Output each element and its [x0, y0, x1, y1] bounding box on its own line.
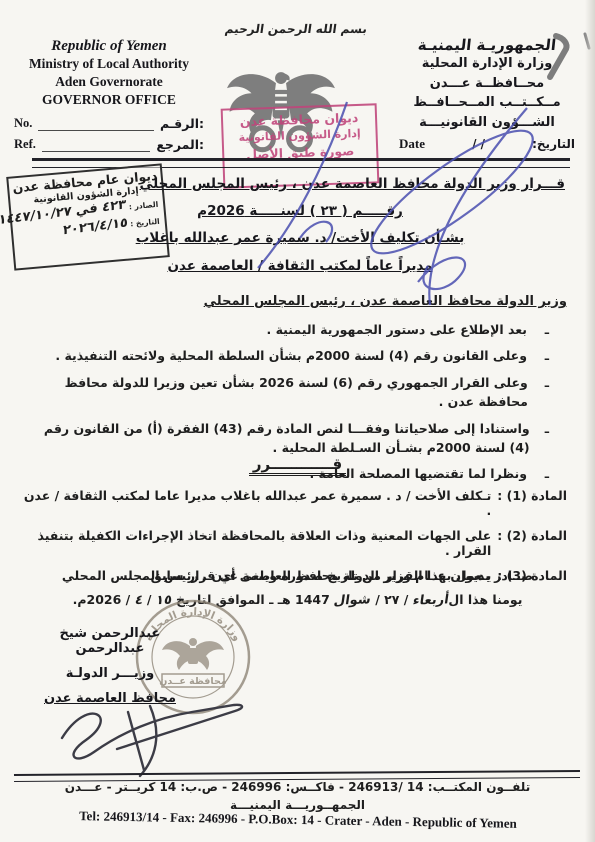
legal-dept-ar: الشـــؤون القانونيـــة — [397, 113, 577, 133]
article-row: المادة (2) : على الجهات المعنية وذات الع… — [22, 528, 567, 558]
scan-edge-shadow — [585, 0, 595, 842]
preamble-item: ـ بعد الإطلاع على دستور الجمهورية اليمني… — [29, 320, 549, 339]
ref-fill-line — [42, 140, 150, 152]
no-label-en: No. — [14, 116, 32, 131]
bullet-dash: ـ — [544, 419, 549, 458]
signature-block: عبدالرحمن شيخ عبدالرحمن وزيـــر الدولـة … — [30, 626, 190, 706]
date-slashes: / / — [472, 137, 485, 151]
country-name-en: Republic of Yemen — [14, 38, 204, 55]
article-2-label: المادة (2) : — [497, 528, 567, 558]
preamble-item: ـ وعلى القرار الجمهوري رقم (6) لسنة 2026… — [29, 373, 549, 412]
preamble-item-text: وعلى القانون رقم (4) لسنة 2000م بشأن الس… — [55, 346, 527, 365]
date-label-en: Date — [399, 136, 425, 152]
preamble-item-text: بعد الإطلاع على دستور الجمهورية اليمنية … — [266, 320, 527, 339]
signer-name: عبدالرحمن شيخ عبدالرحمن — [30, 626, 190, 656]
preamble-item-text: وعلى القرار الجمهوري رقم (6) لسنة 2026 ب… — [29, 373, 528, 412]
country-name-ar: الجمهوريـة اليمنيـة — [396, 36, 578, 54]
governorate-name-en: Aden Governorate — [14, 73, 204, 91]
decree-subject-line: بشـأن تكليف الأخت/ د. سميرة عمر عبدالله … — [120, 230, 480, 246]
article-2-text: على الجهات المعنية وذات العلاقة بالمحافظ… — [22, 528, 491, 558]
ref-label-en: Ref. — [14, 137, 36, 152]
decided-heading-text: قــــــــــــرر — [249, 455, 346, 476]
basmala-calligraphy: بسم الله الرحمن الرحيم — [195, 22, 397, 36]
no-label-ar: الرقـم: — [160, 116, 204, 131]
ref-label-ar: المرجع: — [156, 137, 204, 152]
date-line-suffix: / 2026م. — [73, 592, 131, 607]
date-line-prefix: يومنا هذا ال — [448, 592, 522, 607]
article-1-text: تـكلف الأخت / د . سميرة عمر عبدالله باغل… — [22, 488, 491, 518]
governorate-name-ar: محــافظــة عـــدن — [397, 74, 577, 94]
preamble-item: ـ وعلى القانون رقم (4) لسنة 2000م بشأن ا… — [29, 346, 549, 365]
arabic-letterhead: الجمهوريـة اليمنيـة وزارة الإدارة المحلي… — [397, 36, 577, 152]
ministry-name-ar: وزارة الإدارة المحلية — [397, 54, 577, 74]
ref-row: Ref. المرجع: — [14, 137, 204, 152]
decided-heading: قــــــــــــرر — [0, 455, 595, 473]
issue-date-line: يومنا هذا الأربعاء / ٢٧ / شوال 1447 هـ ـ… — [40, 592, 555, 608]
date-label-ar: التاريخ: — [532, 137, 575, 151]
bullet-dash: ـ — [542, 373, 549, 412]
bullet-dash: ـ — [541, 320, 549, 339]
date-line-sep1: / ٢٧ / — [375, 592, 408, 607]
no-fill-line — [38, 119, 154, 131]
header-separator-rule — [32, 158, 570, 168]
document-page: Republic of Yemen Ministry of Local Auth… — [0, 0, 595, 842]
english-letterhead: Republic of Yemen Ministry of Local Auth… — [14, 38, 204, 152]
office-name-ar: مــكــتــب المــحــافــظ — [397, 93, 577, 113]
footer-contact-ar: تلفــون المكتــب: 14 /246913 - فاكــس: 2… — [30, 780, 565, 794]
office-name-en: GOVERNOR OFFICE — [14, 91, 204, 109]
preamble-item-text: واستنادا إلى صلاحياتنا وفقـــا لنص الماد… — [29, 419, 530, 458]
preamble-heading: وزير الدولة محافظ العاصمة عدن ، رئيس الم… — [27, 294, 567, 309]
handwritten-weekday: أربعاء — [411, 592, 449, 608]
article-row: المادة (1) : تـكلف الأخت / د . سميرة عمر… — [22, 488, 567, 518]
decree-number-line: رقـــــم ( ٢٣ ) لسنـــــة 2026م — [140, 203, 460, 219]
signer-title-2: محافظ العاصمة عدن — [30, 691, 190, 706]
copy-stamp-dept: إدارة الشؤون القانونية — [223, 126, 375, 144]
handwritten-hijri-month: شوال — [333, 592, 372, 608]
decree-title-line1: قـــرار وزير الدولة محافظ العاصمة عدن ، … — [25, 176, 565, 192]
preamble-item: ـ واستنادا إلى صلاحياتنا وفقـــا لنص الم… — [29, 419, 549, 458]
ministry-name-en: Ministry of Local Authority — [14, 55, 204, 73]
issued-at-line: صــادر بديوان عــام وزير الدولة محافظ ال… — [40, 568, 555, 583]
decree-position-line: مديراً عاماً لمكتب الثقافة / العاصمة عدن — [140, 258, 460, 274]
date-row: التاريخ: / / Date — [397, 136, 577, 152]
number-row: No. الرقـم: — [14, 116, 204, 131]
bullet-dash: ـ — [541, 346, 549, 365]
article-1-label: المادة (1) : — [497, 488, 567, 518]
signer-title-1: وزيـــر الدولـة — [30, 666, 190, 681]
